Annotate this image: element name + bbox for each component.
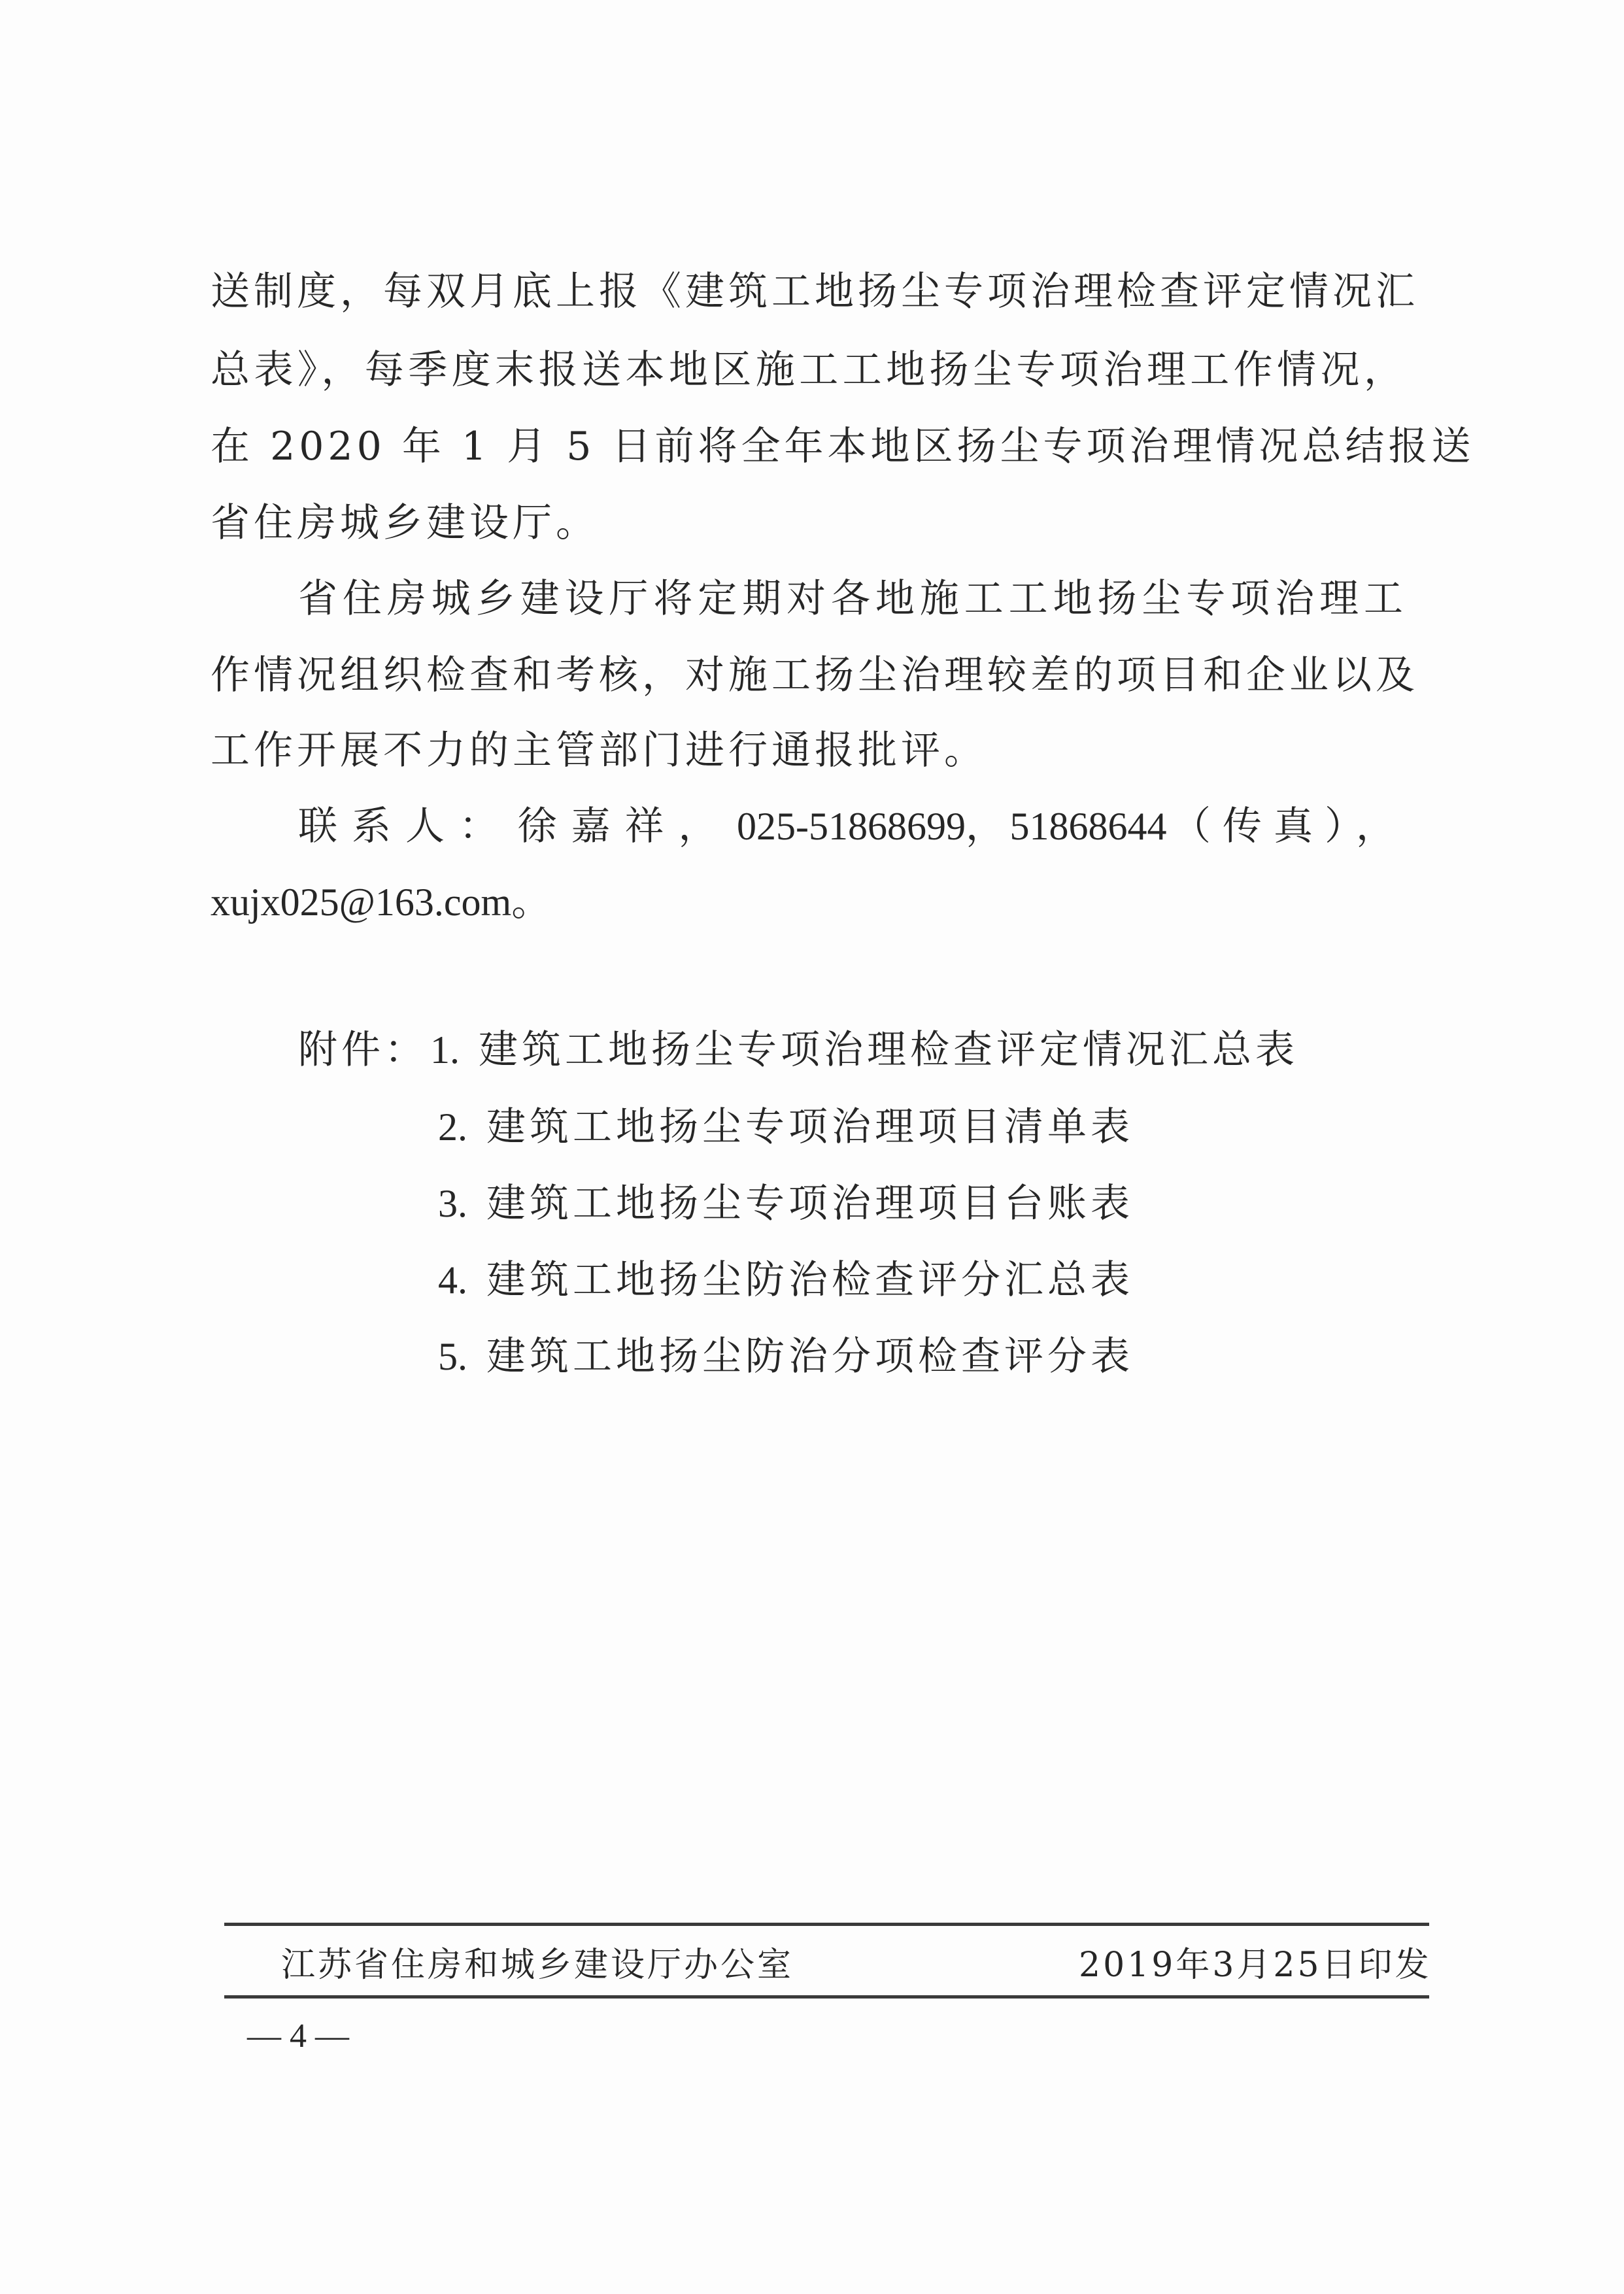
contact-email: xujx025@163.com。	[211, 871, 550, 927]
attachment-number: 3.	[438, 1181, 486, 1226]
contact-line: 联系人： 徐嘉祥， 025-51868699， 51868644 （传真），	[298, 795, 1407, 851]
paragraph-2-line-3: 工作开展不力的主管部门进行通报批评。	[211, 719, 987, 775]
paragraph-1-line-1: 送制度，每双月底上报《建筑工地扬尘专项治理检查评定情况汇	[211, 260, 1407, 316]
attachment-title: 建筑工地扬尘专项治理项目清单表	[486, 1104, 1134, 1150]
attachment-title: 建筑工地扬尘防治检查评分汇总表	[486, 1257, 1134, 1303]
document-page: 送制度，每双月底上报《建筑工地扬尘专项治理检查评定情况汇 总表》，每季度末报送本…	[0, 0, 1624, 2294]
attachment-item-5: 5.建筑工地扬尘防治分项检查评分表	[438, 1325, 1134, 1381]
attachment-item-3: 3.建筑工地扬尘专项治理项目台账表	[438, 1172, 1134, 1228]
attachment-number: 4.	[438, 1258, 486, 1303]
issue-date: 2019年3月25日印发	[1079, 1937, 1432, 1986]
footer-top-rule	[224, 1923, 1429, 1926]
attachment-number: 2.	[438, 1105, 486, 1150]
contact-name: 徐嘉祥，	[518, 795, 732, 851]
attachment-title: 建筑工地扬尘专项治理项目台账表	[486, 1181, 1134, 1226]
page-number: — 4 —	[247, 2017, 349, 2055]
contact-phone: 025-51868699，	[737, 795, 1005, 851]
issuer-name: 江苏省住房和城乡建设厅办公室	[281, 1937, 794, 1986]
contact-label: 联系人：	[298, 795, 513, 851]
attachment-item-1: 1.建筑工地扬尘专项治理检查评定情况汇总表	[430, 1019, 1298, 1075]
footer-bottom-rule	[224, 1995, 1429, 1999]
contact-fax: 51868644	[1009, 804, 1166, 849]
attachment-item-4: 4.建筑工地扬尘防治检查评分汇总表	[438, 1249, 1134, 1305]
attachment-title: 建筑工地扬尘专项治理检查评定情况汇总表	[479, 1027, 1298, 1073]
attachment-title: 建筑工地扬尘防治分项检查评分表	[486, 1334, 1134, 1379]
attachment-number: 5.	[438, 1334, 486, 1379]
paragraph-2-line-1: 省住房城乡建设厅将定期对各地施工工地扬尘专项治理工	[298, 567, 1407, 624]
paragraph-2-line-2: 作情况组织检查和考核，对施工扬尘治理较差的项目和企业以及	[211, 644, 1407, 700]
attachment-item-2: 2.建筑工地扬尘专项治理项目清单表	[438, 1096, 1134, 1152]
paragraph-1-line-3: 在 2020 年 1 月 5 日前将全年本地区扬尘专项治理情况总结报送	[211, 415, 1407, 471]
paragraph-1-line-2: 总表》，每季度末报送本地区施工工地扬尘专项治理工作情况，	[211, 339, 1407, 395]
attachments-label: 附件：	[298, 1019, 428, 1075]
paragraph-1-line-4: 省住房城乡建设厅。	[211, 492, 599, 548]
attachment-number: 1.	[430, 1028, 479, 1073]
contact-fax-note: （传真），	[1172, 795, 1407, 851]
